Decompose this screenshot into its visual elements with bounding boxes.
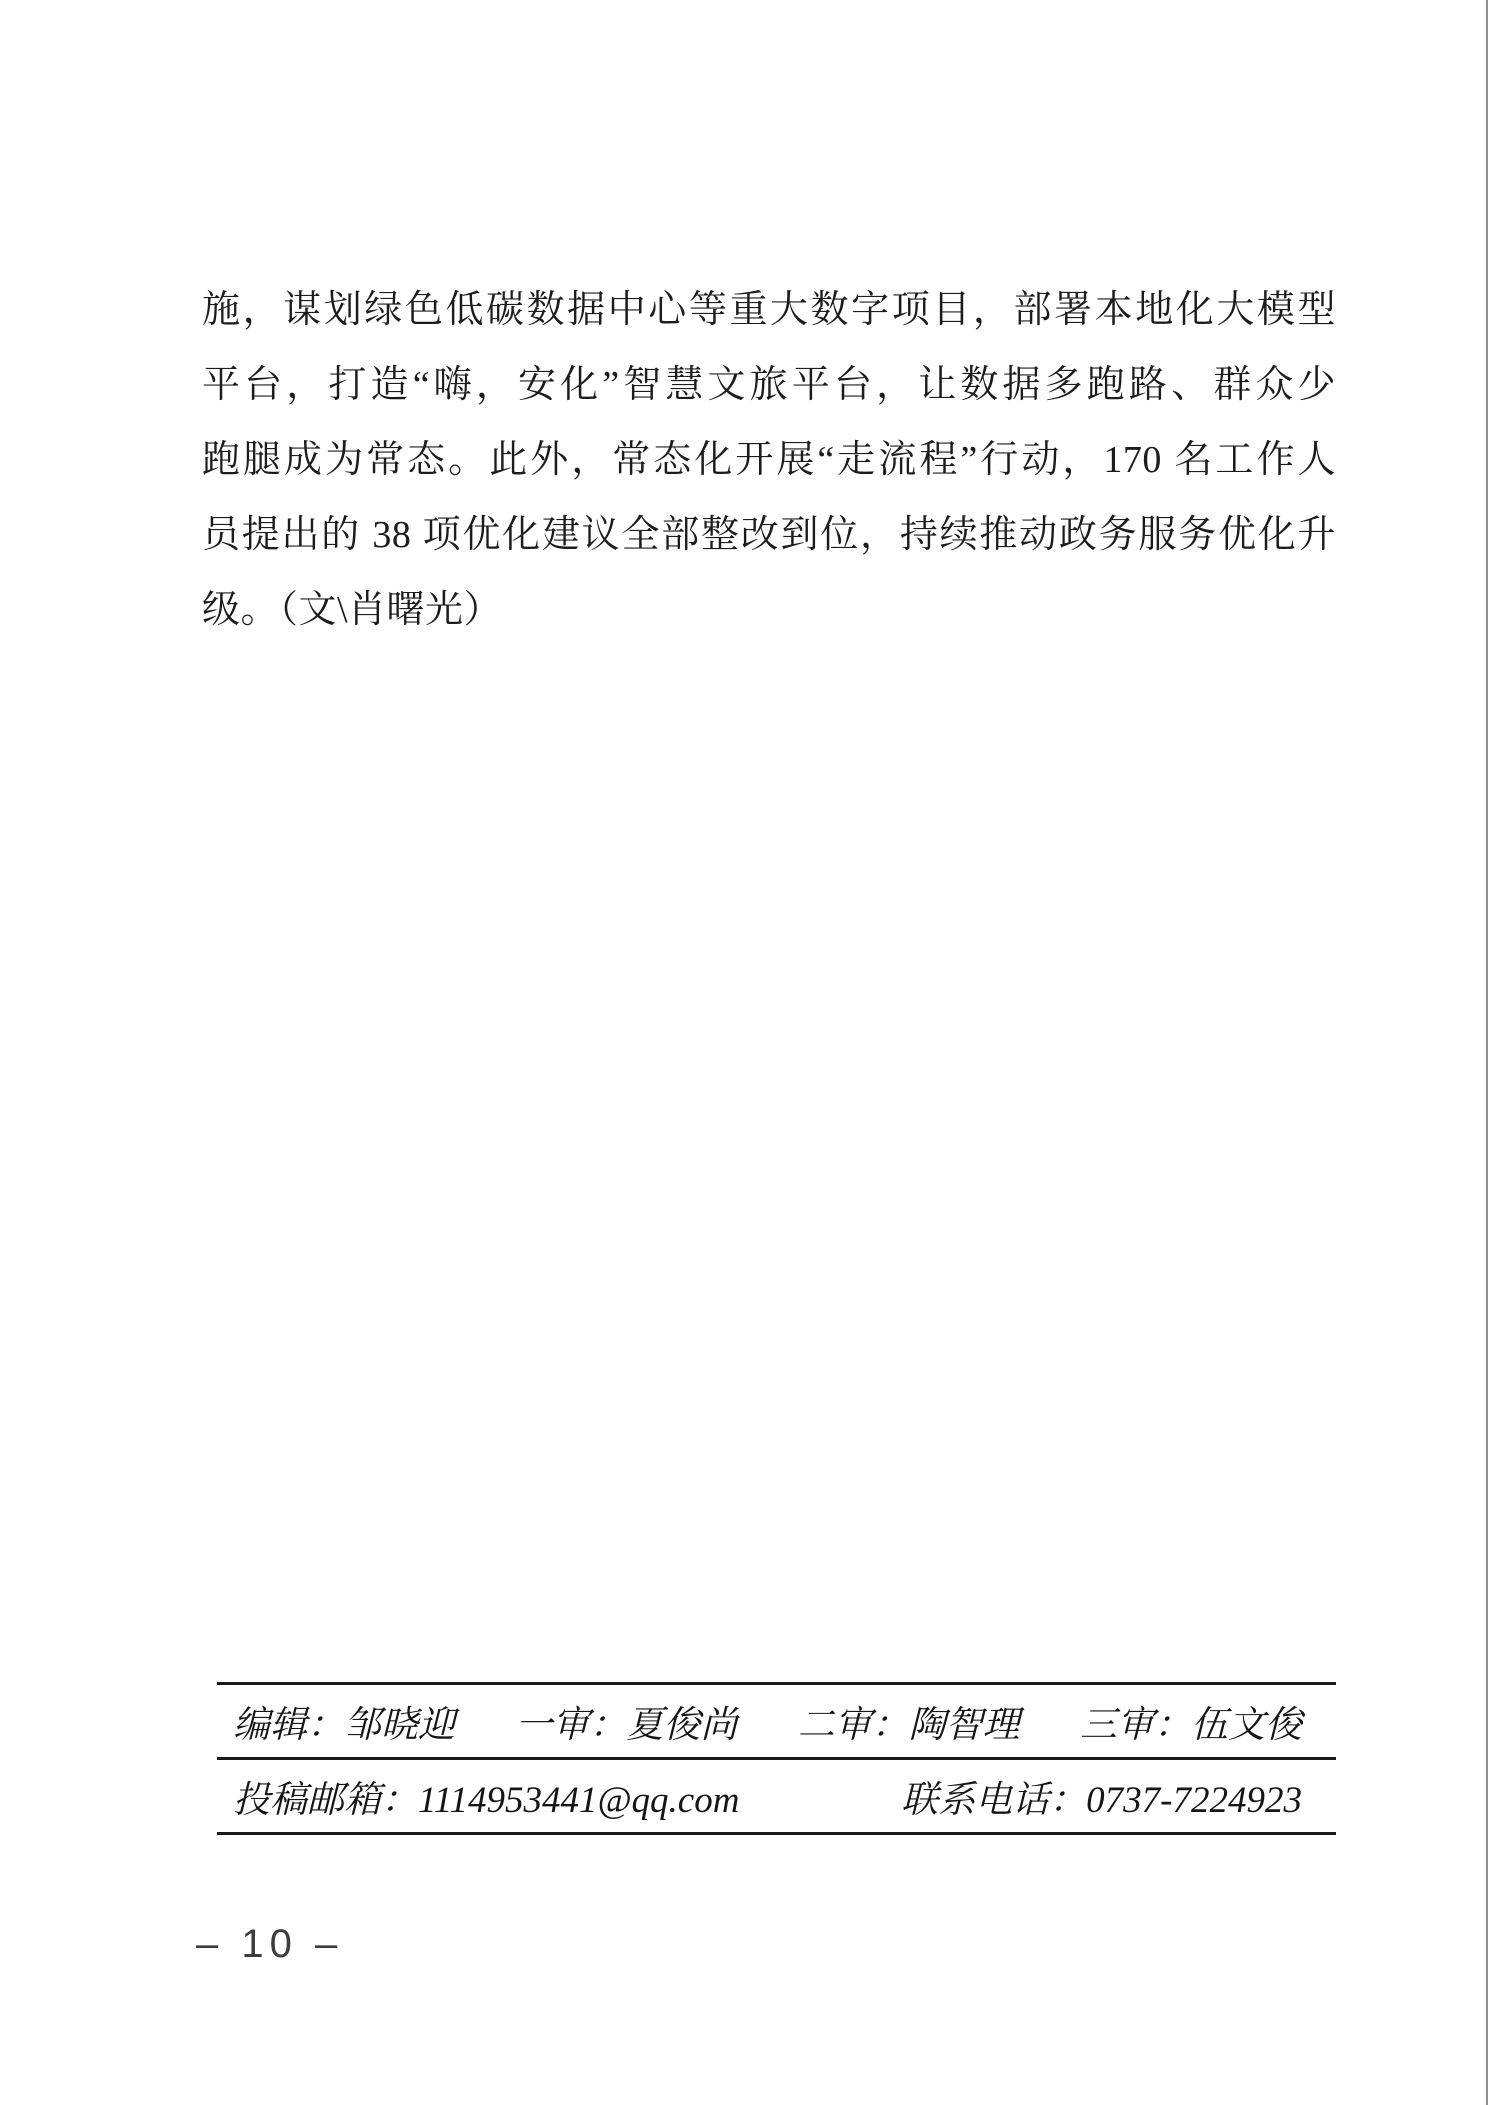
footer-divider-bottom: [217, 1832, 1336, 1835]
credit-second-review: 二审：陶智理: [798, 1694, 1020, 1748]
document-page: 施，谋划绿色低碳数据中心等重大数字项目，部署本地化大模型 平台，打造“嗨，安化”…: [0, 0, 1488, 2105]
credit-first-review: 一审：夏俊尚: [515, 1694, 737, 1748]
article-body: 施，谋划绿色低碳数据中心等重大数字项目，部署本地化大模型 平台，打造“嗨，安化”…: [202, 273, 1336, 648]
page-footer: 编辑：邹晓迎 一审：夏俊尚 二审：陶智理 三审：伍文俊 投稿邮箱：1114953…: [217, 1682, 1336, 1835]
contact-row: 投稿邮箱：1114953441@qq.com 联系电话：0737-7224923: [217, 1760, 1336, 1832]
credits-row: 编辑：邹晓迎 一审：夏俊尚 二审：陶智理 三审：伍文俊: [217, 1685, 1336, 1757]
credit-third-review: 三审：伍文俊: [1080, 1694, 1302, 1748]
submission-email: 投稿邮箱：1114953441@qq.com: [233, 1769, 739, 1823]
contact-phone: 联系电话：0737-7224923: [901, 1769, 1302, 1823]
body-line: 施，谋划绿色低碳数据中心等重大数字项目，部署本地化大模型: [202, 273, 1336, 348]
body-line: 跑腿成为常态。此外，常态化开展“走流程”行动，170 名工作人: [202, 423, 1336, 498]
page-number: – 10 –: [196, 1922, 343, 1967]
credit-editor: 编辑：邹晓迎: [233, 1694, 455, 1748]
body-line: 平台，打造“嗨，安化”智慧文旅平台，让数据多跑路、群众少: [202, 348, 1336, 423]
body-line: 员提出的 38 项优化建议全部整改到位，持续推动政务服务优化升: [202, 498, 1336, 573]
body-line-author: 级。（文\肖曙光）: [202, 573, 1336, 648]
